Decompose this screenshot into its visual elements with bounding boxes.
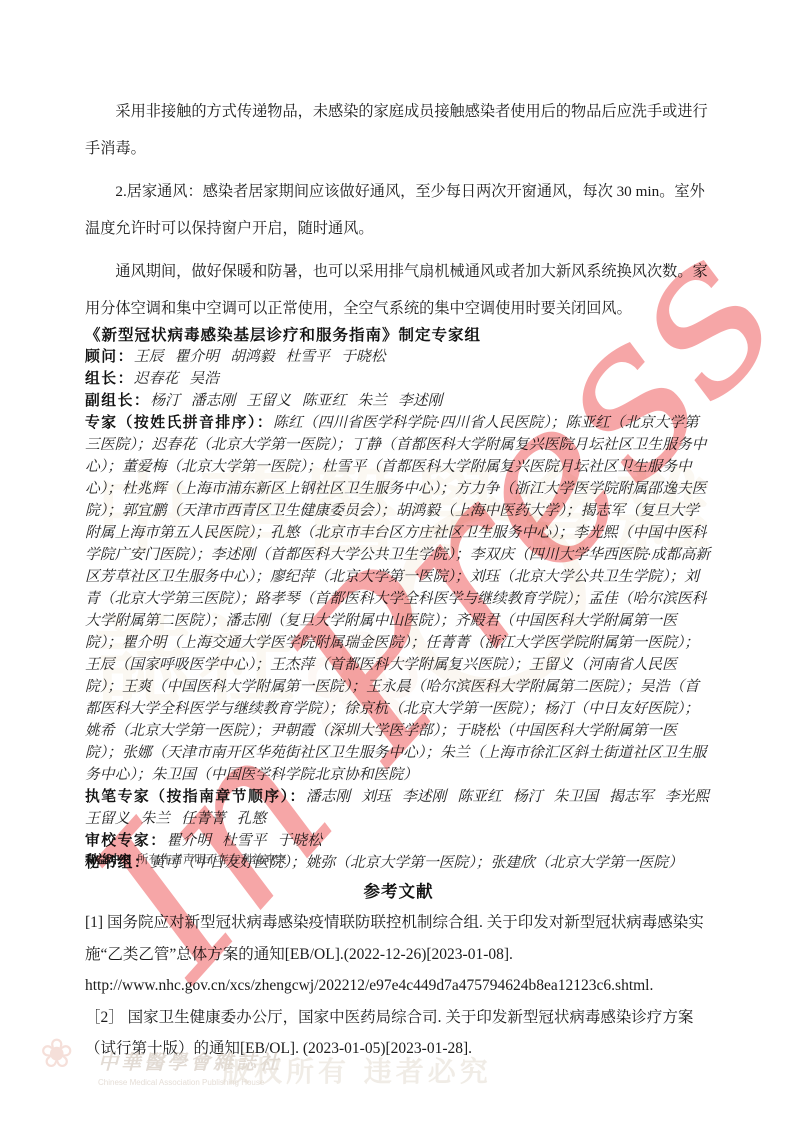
row-label: 审校专家：	[85, 832, 167, 849]
expert-row-reviewers: 审校专家：瞿介明 杜雪平 于晓松	[85, 830, 712, 852]
row-names: 陈红（四川省医学科学院·四川省人民医院）；陈亚红（北京大学第三医院）；迟春花（北…	[85, 415, 710, 783]
row-names: 杨汀 潘志刚 王留义 陈亚红 朱兰 李述刚	[150, 393, 442, 409]
row-names: 迟春花 吴浩	[134, 371, 219, 387]
copyright-watermark: 版权所有 违者必究	[222, 1050, 492, 1090]
paragraph-home-ventilation: 2.居家通风：感染者居家期间应该做好通风，至少每日两次开窗通风，每次 30 mi…	[85, 173, 712, 247]
expert-row-leader: 组长：迟春花 吴浩	[85, 368, 712, 390]
plum-blossom-icon: ❀	[40, 1034, 74, 1074]
paragraph-ventilation-period: 通风期间，做好保暖和防暑，也可以采用排气扇机械通风或者加大新风系统换风次数。家用…	[85, 253, 712, 327]
expert-group-title: 《新型冠状病毒感染基层诊疗和服务指南》制定专家组	[85, 324, 712, 346]
conflict-label: 利益冲突	[85, 852, 131, 866]
reference-item-1: [1] 国务院应对新型冠状病毒感染疫情联防联控机制综合组. 关于印发对新型冠状病…	[85, 907, 712, 1002]
page-footer: ❀ 中華醫學會雜誌社 Chinese Medical Association P…	[0, 1030, 793, 1110]
expert-row-experts: 专家（按姓氏拼音排序）：陈红（四川省医学科学院·四川省人民医院）；陈亚红（北京大…	[85, 412, 712, 786]
row-names: 王辰 瞿介明 胡鸿毅 杜雪平 于晓松	[134, 349, 386, 365]
row-label: 副组长：	[85, 392, 150, 409]
conflict-text: 所有作者声明不存在利益冲突	[137, 852, 287, 866]
row-label: 顾问：	[85, 348, 134, 365]
expert-row-writers: 执笔专家（按指南章节顺序）：潘志刚 刘珏 李述刚 陈亚红 杨汀 朱卫国 揭志军 …	[85, 786, 712, 830]
conflict-of-interest-line: 利益冲突所有作者声明不存在利益冲突	[85, 851, 712, 867]
expert-row-deputy-leaders: 副组长：杨汀 潘志刚 王留义 陈亚红 朱兰 李述刚	[85, 390, 712, 412]
row-label: 组长：	[85, 370, 134, 387]
references-heading: 参考文献	[85, 878, 712, 902]
row-names: 瞿介明 杜雪平 于晓松	[167, 833, 322, 849]
paragraph-handwash: 采用非接触的方式传递物品，未感染的家庭成员接触感染者使用后的物品后应洗手或进行手…	[85, 93, 712, 167]
row-label: 专家（按姓氏拼音排序）：	[85, 414, 273, 431]
expert-group-section: 《新型冠状病毒感染基层诊疗和服务指南》制定专家组 顾问：王辰 瞿介明 胡鸿毅 杜…	[85, 324, 712, 874]
intro-paragraphs: 采用非接触的方式传递物品，未感染的家庭成员接触感染者使用后的物品后应洗手或进行手…	[85, 93, 712, 333]
expert-row-advisors: 顾问：王辰 瞿介明 胡鸿毅 杜雪平 于晓松	[85, 346, 712, 368]
row-label: 执笔专家（按指南章节顺序）：	[85, 788, 306, 805]
document-page: ❀ 中華醫學會雜誌社 采用非接触的方式传递物品，未感染的家庭成员接触感染者使用后…	[0, 0, 793, 1122]
